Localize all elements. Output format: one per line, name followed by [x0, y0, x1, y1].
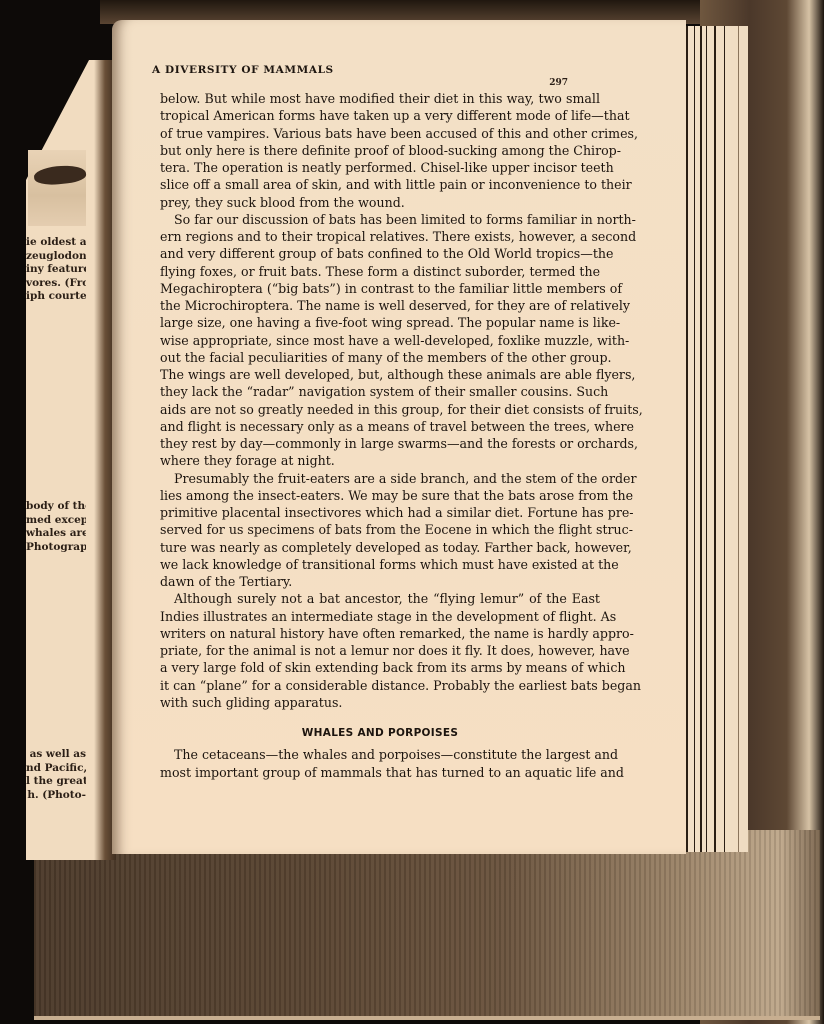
paragraph-2: So far our discussion of bats has been l… [160, 211, 600, 470]
text-line: aids are not so greatly needed in this g… [160, 401, 600, 418]
text-line: Megachiroptera (“big bats”) in contrast … [160, 280, 600, 297]
text-line: but only here is there definite proof of… [160, 142, 600, 159]
text-line: large size, one having a five-foot wing … [160, 314, 600, 331]
text-line: prey, they suck blood from the wound. [160, 194, 600, 211]
caption-line: h. (Photo- [26, 789, 86, 803]
text-line: the Microchiroptera. The name is well de… [160, 297, 600, 314]
text-line: ern regions and to their tropical relati… [160, 228, 600, 245]
section-paragraph: The cetaceans—the whales and porpoises—c… [160, 746, 600, 781]
paragraph-4: Although surely not a bat ancestor, the … [160, 590, 600, 711]
text-line: and very different group of bats confine… [160, 245, 600, 262]
text-line: wise appropriate, since most have a well… [160, 332, 600, 349]
caption-line: body of the [26, 500, 86, 514]
text-line: of true vampires. Various bats have been… [160, 125, 600, 142]
page-number: 297 [549, 78, 568, 88]
text-line: lies among the insect-eaters. We may be … [160, 487, 600, 504]
book-page: A DIVERSITY OF MAMMALS 297 below. But wh… [112, 20, 686, 854]
caption-line: ie oldest and [26, 236, 86, 250]
text-line: out the facial peculiarities of many of … [160, 349, 600, 366]
caption-line: l the great [26, 775, 86, 789]
text-line: and flight is necessary only as a means … [160, 418, 600, 435]
caption-line: med except [26, 514, 86, 528]
text-line: served for us specimens of bats from the… [160, 521, 600, 538]
text-line: a very large fold of skin extending back… [160, 659, 600, 676]
facing-caption-bottom: as well asnd Pacific,l the greath. (Phot… [26, 748, 86, 802]
text-line: flying foxes, or fruit bats. These form … [160, 263, 600, 280]
text-line: The wings are well developed, but, altho… [160, 366, 600, 383]
text-line: where they forage at night. [160, 452, 600, 469]
caption-line: vores. (From [26, 277, 86, 291]
text-line: tropical American forms have taken up a … [160, 107, 600, 124]
whale-photograph-fragment [28, 150, 86, 226]
body-text: below. But while most have modified thei… [160, 90, 600, 781]
caption-line: nd Pacific, [26, 762, 86, 776]
text-line: So far our discussion of bats has been l… [160, 211, 600, 228]
text-line: below. But while most have modified thei… [160, 90, 600, 107]
text-line: most important group of mammals that has… [160, 764, 600, 781]
text-line: it can “plane” for a considerable distan… [160, 677, 600, 694]
whale-figure [33, 163, 87, 186]
caption-line: whales are [26, 527, 86, 541]
paragraph-1: below. But while most have modified thei… [160, 90, 600, 211]
text-line: primitive placental insectivores which h… [160, 504, 600, 521]
running-head: A DIVERSITY OF MAMMALS [152, 64, 334, 76]
text-line: ture was nearly as completely developed … [160, 539, 600, 556]
caption-line: iny features [26, 263, 86, 277]
paragraph-3: Presumably the fruit-eaters are a side b… [160, 470, 600, 591]
text-line: Although surely not a bat ancestor, the … [160, 590, 600, 607]
text-line: slice off a small area of skin, and with… [160, 176, 600, 193]
text-line: writers on natural history have often re… [160, 625, 600, 642]
caption-line: Photograph [26, 541, 86, 555]
text-line: with such gliding apparatus. [160, 694, 600, 711]
caption-line: iph courtesy [26, 290, 86, 304]
text-line: tera. The operation is neatly performed.… [160, 159, 600, 176]
text-line: The cetaceans—the whales and porpoises—c… [160, 746, 600, 763]
page-stack-bottom-edge [34, 830, 820, 1020]
text-line: they rest by day—commonly in large swarm… [160, 435, 600, 452]
text-line: Presumably the fruit-eaters are a side b… [160, 470, 600, 487]
text-line: priate, for the animal is not a lemur no… [160, 642, 600, 659]
text-line: Indies illustrates an intermediate stage… [160, 608, 600, 625]
caption-line: as well as [26, 748, 86, 762]
page-fore-edges [684, 26, 748, 852]
text-line: they lack the “radar” navigation system … [160, 383, 600, 400]
text-line: dawn of the Tertiary. [160, 573, 600, 590]
section-heading: WHALES AND PORPOISES [160, 725, 600, 742]
caption-line: zeuglodonts. [26, 250, 86, 264]
facing-caption-middle: body of themed exceptwhales arePhotograp… [26, 500, 86, 554]
text-line: we lack knowledge of transitional forms … [160, 556, 600, 573]
facing-caption-top: ie oldest andzeuglodonts.iny featuresvor… [26, 236, 86, 304]
